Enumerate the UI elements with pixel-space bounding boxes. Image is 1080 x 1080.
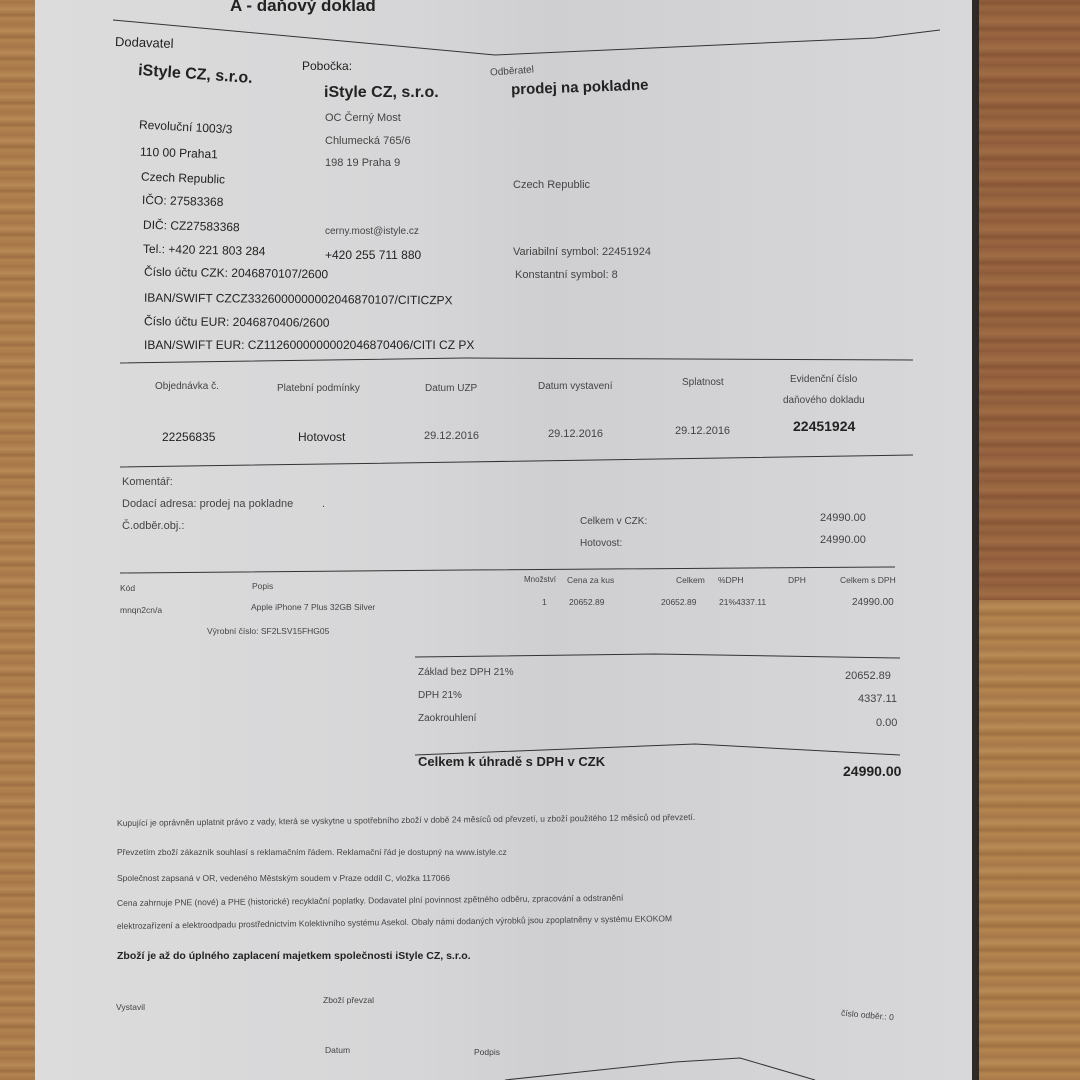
branch-name: iStyle CZ, s.r.o.: [324, 84, 439, 102]
document-title: A - daňový doklad: [230, 0, 376, 16]
supplier-label: Dodavatel: [115, 34, 174, 51]
vat-label: DPH 21%: [418, 690, 462, 701]
header-date-uzp: Datum UZP: [425, 383, 477, 394]
comment-label: Komentář:: [122, 476, 173, 488]
branch-line1: OC Černý Most: [325, 112, 401, 124]
delivery-address: Dodací adresa: prodej na pokladne: [122, 498, 293, 510]
grand-total-value: 24990.00: [843, 763, 901, 779]
footer-complaints: Převzetím zboží zákazník souhlasí s rekl…: [117, 847, 507, 857]
header-due-date: Splatnost: [682, 377, 724, 388]
invoice-document: A - daňový doklad Dodavatel iStyle CZ, s…: [35, 0, 972, 1080]
col-total-vat: Celkem s DPH: [840, 575, 896, 585]
constant-symbol: Konstantní symbol: 8: [515, 269, 618, 281]
col-description: Popis: [252, 581, 273, 591]
header-order-number: Objednávka č.: [155, 381, 219, 392]
col-total: Celkem: [676, 575, 705, 585]
supplier-iban-czk: IBAN/SWIFT CZCZ3326000000002046870107/CI…: [144, 291, 453, 308]
supplier-account-eur: Číslo účtu EUR: 2046870406/2600: [144, 314, 330, 330]
base-value: 20652.89: [845, 670, 891, 682]
branch-line3: 198 19 Praha 9: [325, 157, 400, 169]
item-serial-number: Výrobní číslo: SF2LSV15FHG05: [207, 626, 329, 636]
total-czk-label: Celkem v CZK:: [580, 516, 647, 527]
customer-order-ref: Č.odběr.obj.:: [122, 520, 184, 532]
payment-terms: Hotovost: [298, 430, 345, 444]
base-label: Základ bez DPH 21%: [418, 667, 514, 678]
supplier-country: Czech Republic: [141, 170, 225, 187]
item-vat-pct: 21%: [719, 597, 736, 607]
cash-label: Hotovost:: [580, 538, 622, 549]
branch-phone: +420 255 711 880: [325, 248, 421, 262]
header-registration-number: Evidenční číslo: [790, 374, 857, 385]
item-quantity: 1: [542, 597, 547, 607]
customer-country: Czech Republic: [513, 179, 590, 191]
item-total: 20652.89: [661, 597, 696, 607]
grand-total-label: Celkem k úhradě s DPH v CZK: [418, 754, 605, 769]
col-vat-pct: %DPH: [718, 575, 744, 585]
item-vat: 4337.11: [736, 597, 766, 607]
variable-symbol: Variabilní symbol: 22451924: [513, 246, 651, 258]
due-date: 29.12.2016: [675, 425, 730, 437]
col-vat: DPH: [788, 575, 806, 585]
supplier-tel: Tel.: +420 221 803 284: [143, 242, 266, 259]
branch-email: cerny.most@istyle.cz: [325, 226, 419, 237]
desk-background: [975, 600, 1080, 1080]
delivery-suffix: .: [322, 498, 325, 510]
date-uzp: 29.12.2016: [424, 430, 479, 442]
cash-value: 24990.00: [820, 534, 866, 546]
rounding-value: 0.00: [876, 717, 897, 729]
supplier-dic: DIČ: CZ27583368: [143, 218, 240, 235]
branch-label: Pobočka:: [302, 59, 352, 73]
item-description: Apple iPhone 7 Plus 32GB Silver: [251, 602, 375, 612]
supplier-iban-eur: IBAN/SWIFT EUR: CZ1126000000002046870406…: [144, 338, 474, 352]
issue-date: 29.12.2016: [548, 428, 603, 440]
rounding-label: Zaokrouhlení: [418, 713, 476, 724]
col-unit-price: Cena za kus: [567, 575, 614, 585]
item-total-vat: 24990.00: [852, 597, 894, 608]
branch-line2: Chlumecká 765/6: [325, 135, 411, 147]
supplier-city: 110 00 Praha1: [140, 145, 218, 162]
header-issue-date: Datum vystavení: [538, 381, 612, 392]
footer-ownership: Zboží je až do úplného zaplacení majetke…: [117, 950, 471, 962]
order-number: 22256835: [162, 430, 215, 444]
tax-document-number: 22451924: [793, 418, 855, 434]
header-tax-document: daňového dokladu: [783, 395, 865, 406]
date-label: Datum: [325, 1045, 350, 1055]
footer-registry: Společnost zapsaná v OR, vedeného Městsk…: [117, 873, 450, 883]
supplier-ico: IČO: 27583368: [142, 193, 224, 209]
total-czk-value: 24990.00: [820, 512, 866, 524]
item-code: mnqn2cn/a: [120, 605, 162, 615]
supplier-account-czk: Číslo účtu CZK: 2046870107/2600: [144, 265, 328, 282]
issued-by-label: Vystavil: [116, 1002, 145, 1012]
vat-value: 4337.11: [858, 693, 897, 705]
col-code: Kód: [120, 583, 135, 593]
received-by-label: Zboží převzal: [323, 995, 374, 1005]
signature-label: Podpis: [474, 1047, 500, 1057]
col-quantity: Množství: [524, 575, 556, 584]
item-unit-price: 20652.89: [569, 597, 604, 607]
header-payment-terms: Platební podmínky: [277, 383, 360, 394]
